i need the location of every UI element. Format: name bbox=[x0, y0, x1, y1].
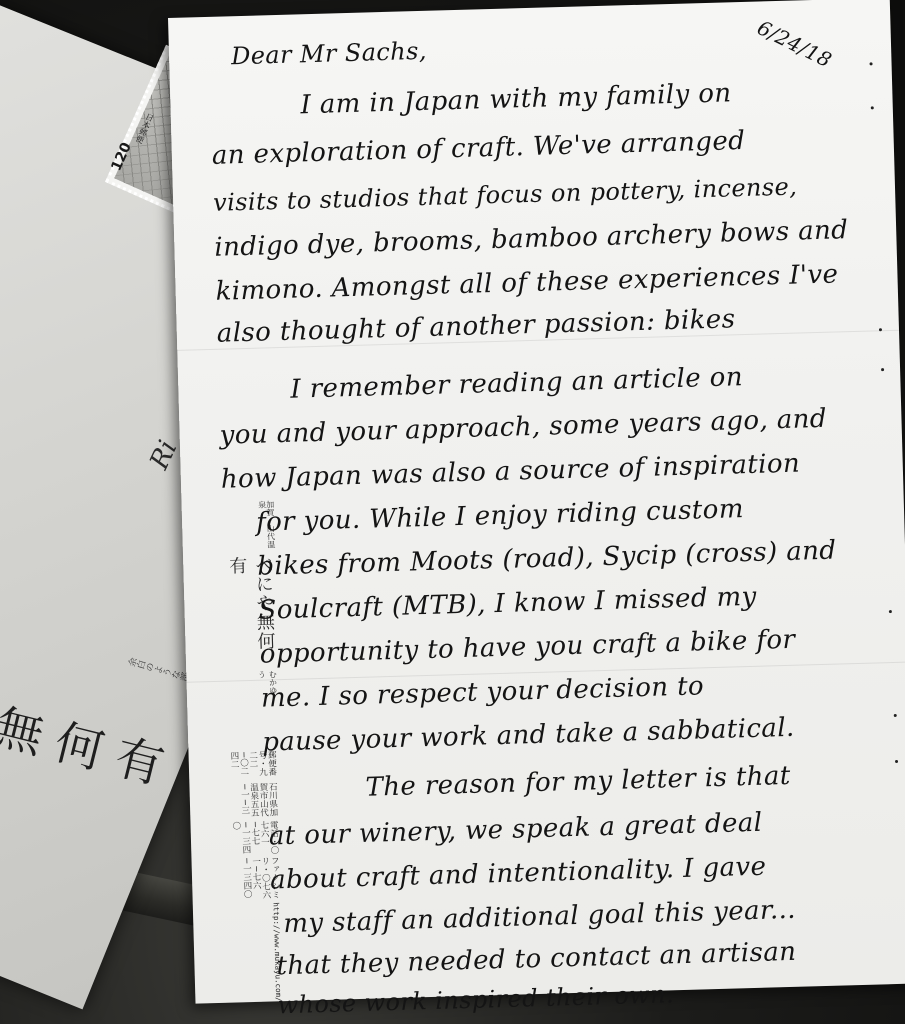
letter-line: I am in Japan with my family on bbox=[300, 78, 732, 120]
letter-line: indigo dye, brooms, bamboo archery bows … bbox=[214, 215, 849, 263]
letterhead-url: http://www.mukayu.com/ bbox=[233, 902, 282, 1003]
letter-line: whose work inspired their own. bbox=[277, 980, 674, 1019]
letter-line: pause your work and take a sabbatical. bbox=[262, 713, 795, 758]
punch-dot bbox=[889, 610, 892, 613]
letter-line: you and your approach, some years ago, a… bbox=[219, 404, 827, 451]
punch-dot bbox=[881, 368, 884, 371]
letter-line: about craft and intentionality. I gave bbox=[270, 852, 767, 896]
punch-dot bbox=[894, 714, 897, 717]
letter-line: at our winery, we speak a great deal bbox=[268, 808, 762, 852]
stamp-country: 日本郵便 bbox=[133, 112, 156, 146]
letter-line: an exploration of craft. We've arranged bbox=[211, 126, 745, 171]
letter-line: bikes from Moots (road), Sycip (cross) a… bbox=[257, 536, 837, 582]
salutation: Dear Mr Sachs, bbox=[231, 37, 427, 70]
letter-line: my staff an additional goal this year... bbox=[283, 895, 796, 939]
letter-line: Soulcraft (MTB), I know I missed my bbox=[258, 582, 757, 626]
letter-line: The reason for my letter is that bbox=[365, 761, 791, 803]
letter-line: I remember reading an article on bbox=[290, 362, 743, 405]
letter-line: how Japan was also a source of inspirati… bbox=[220, 449, 800, 495]
letter-line: visits to studios that focus on pottery,… bbox=[213, 173, 798, 217]
punch-dot bbox=[871, 106, 874, 109]
letter-line: opportunity to have you craft a bike for bbox=[259, 625, 795, 670]
letter-line: for you. While I enjoy riding custom bbox=[256, 494, 744, 538]
letterhead-street: 石川県加賀市山代温泉五五−一−三 bbox=[229, 782, 277, 820]
letter-line: kimono. Amongst all of these experiences… bbox=[215, 259, 839, 306]
punch-dot bbox=[879, 328, 882, 331]
letter-date: 6/24/18 bbox=[753, 15, 835, 72]
letter-sheet: 加賀・山代温泉 べにや無何有 むかゆう 郵便番号・九二二−〇二四二 石川県加賀市… bbox=[168, 0, 905, 1004]
punch-dot bbox=[870, 62, 873, 65]
punch-dot bbox=[895, 760, 898, 763]
letter-line: that they needed to contact an artisan bbox=[276, 937, 797, 982]
